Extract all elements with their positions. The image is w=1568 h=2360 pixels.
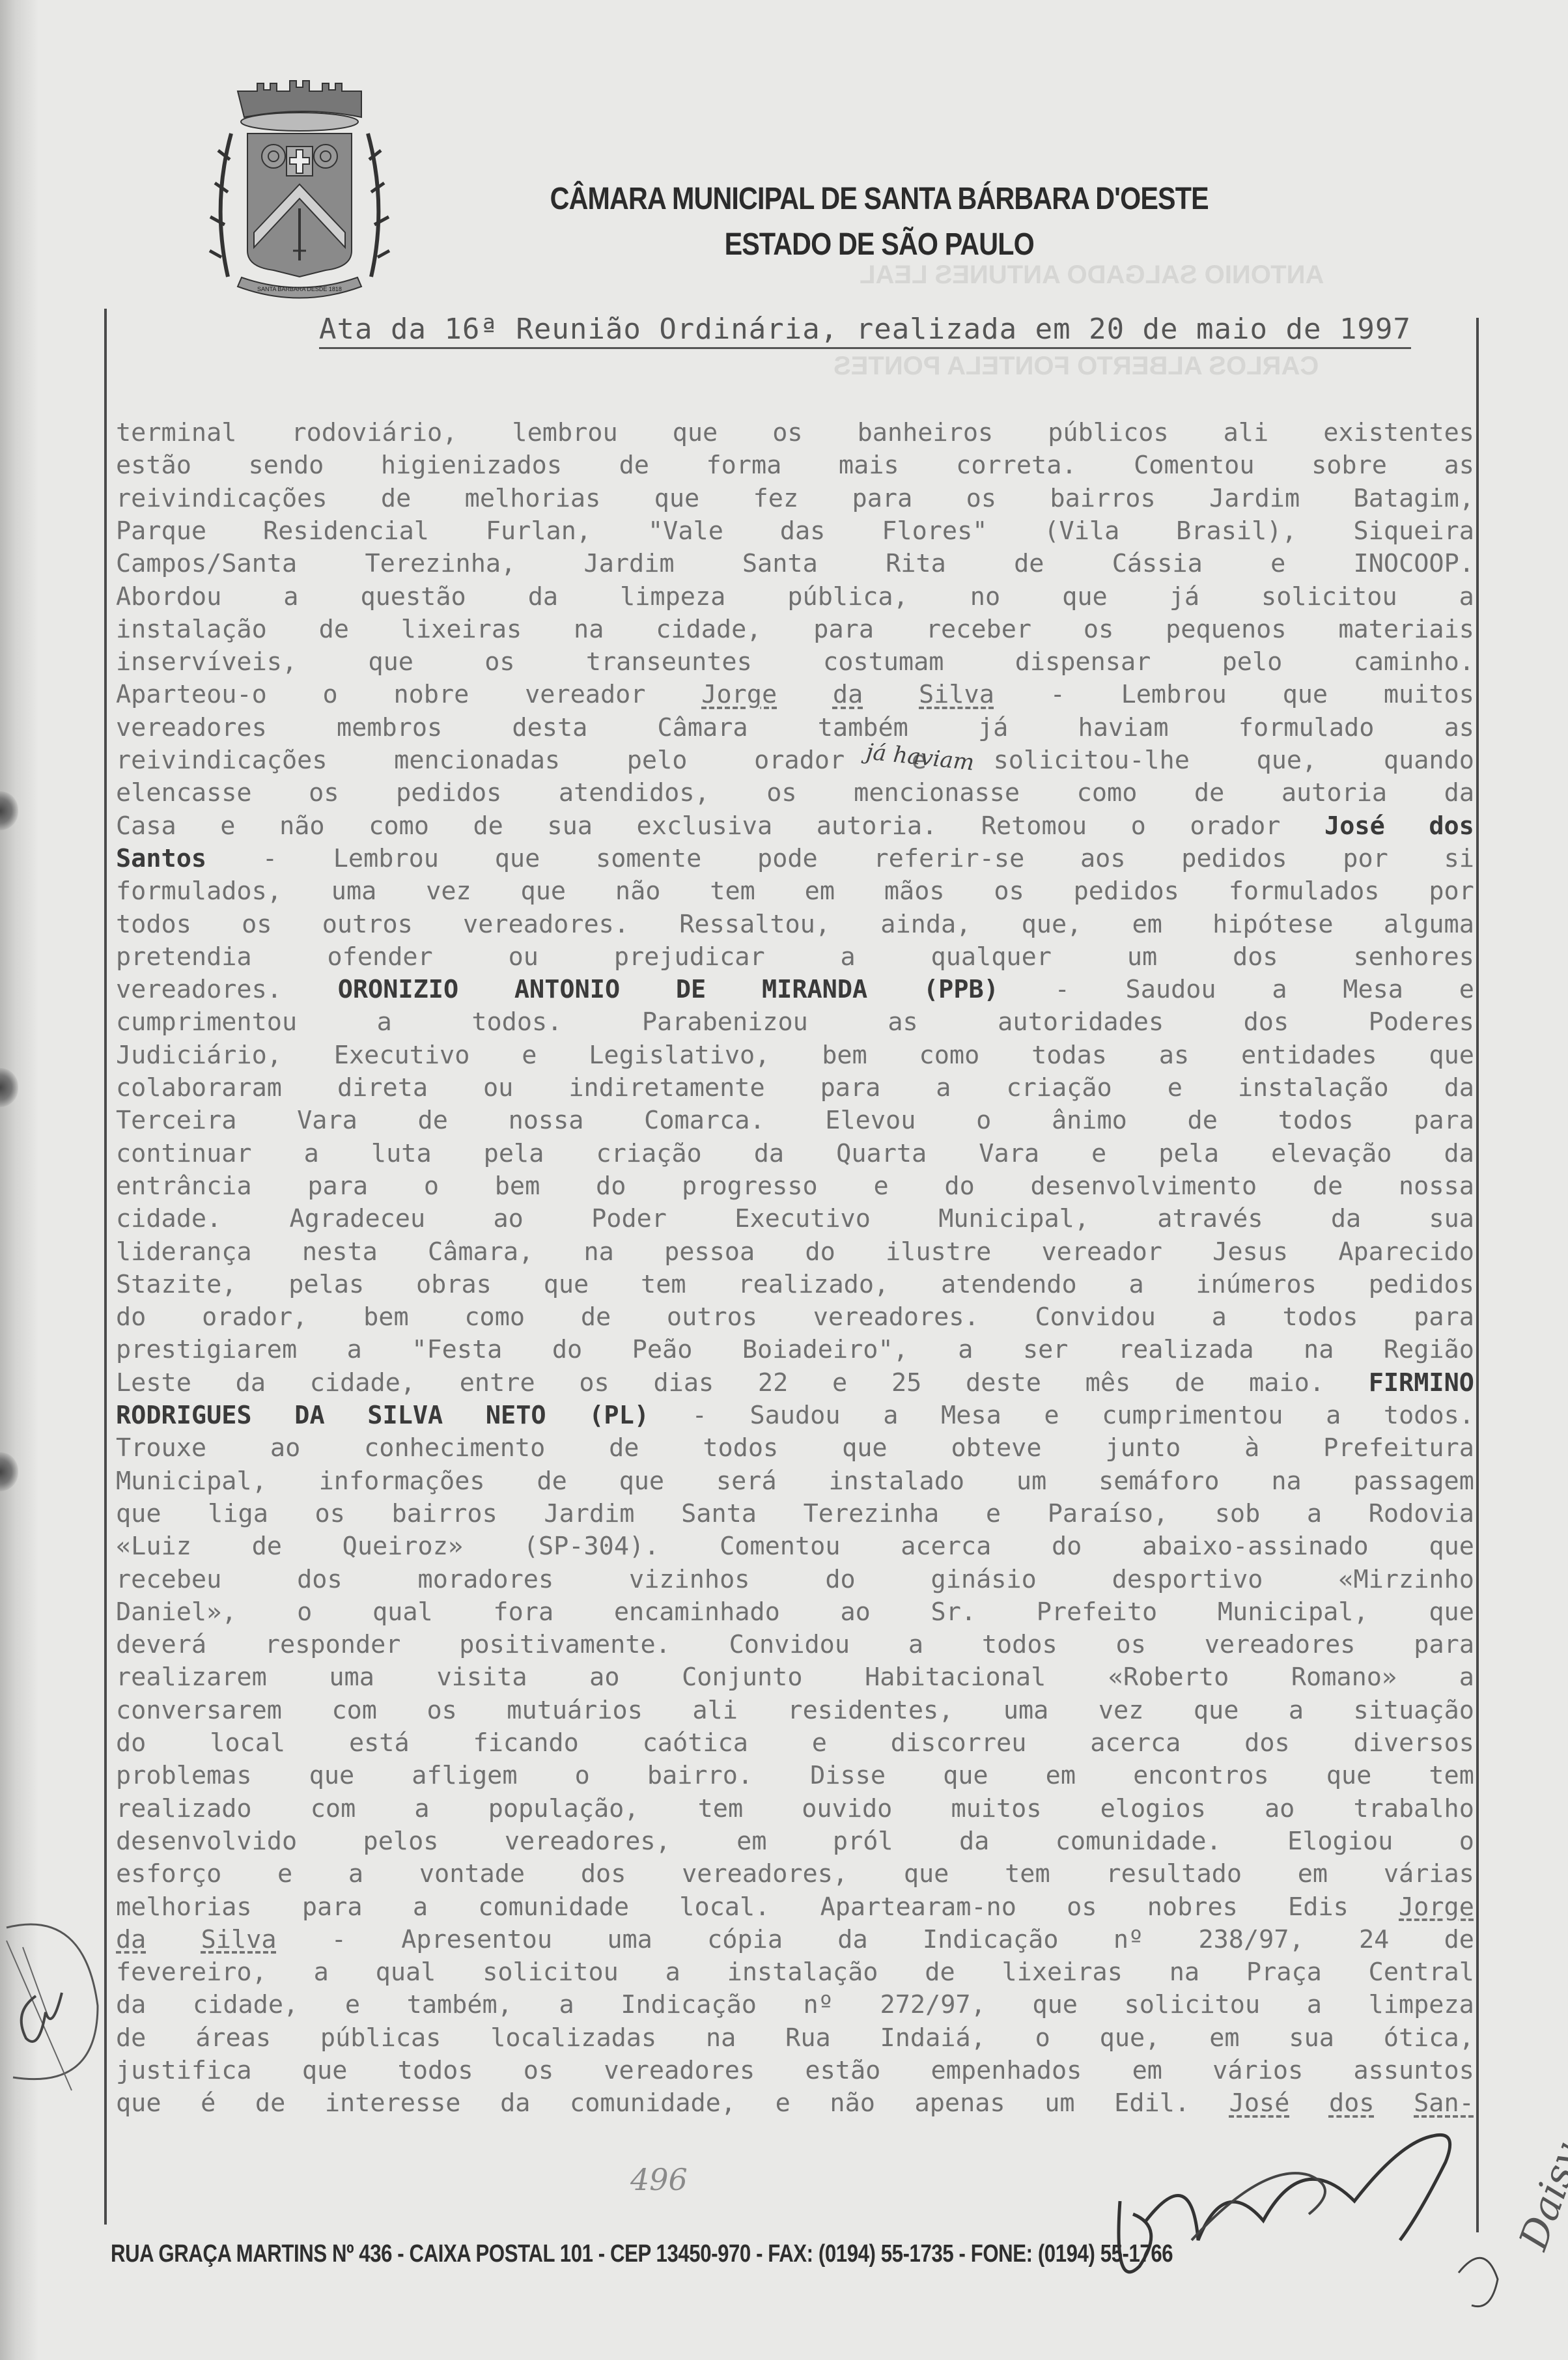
word: junto [1105, 1432, 1181, 1465]
speaker-name: José [1324, 810, 1385, 843]
word: tem [698, 1793, 744, 1825]
word: a [936, 1072, 951, 1104]
word: Mesa [1343, 974, 1403, 1006]
word: somente [596, 843, 701, 875]
footer-address: RUA GRAÇA MARTINS Nº 436 - CAIXA POSTAL … [111, 2240, 1173, 2268]
word: um [1016, 1465, 1046, 1498]
minutes-line: doorador,bemcomodeoutrosvereadores.Convi… [116, 1301, 1474, 1334]
word: também, [407, 1989, 512, 2021]
frame-left-line [104, 309, 107, 2225]
word: a [348, 1858, 363, 1890]
word: em [1046, 1760, 1076, 1792]
word: justifica [116, 2055, 252, 2087]
word: Agradeceu [290, 1203, 426, 1235]
minutes-line: problemasqueafligemobairro.Dissequeemenc… [116, 1760, 1474, 1792]
word: mãos [884, 875, 945, 908]
word: prejudicar [614, 941, 765, 974]
word: mais [839, 449, 899, 482]
minutes-line: vereadores.ORONIZIOANTONIODEMIRANDA(PPB)… [116, 974, 1474, 1006]
word: Santa [681, 1498, 757, 1530]
word: não [830, 2087, 875, 2120]
speaker-name: (PPB) [923, 974, 999, 1006]
word: por [1429, 875, 1474, 908]
word: instalação [116, 613, 267, 646]
speaker-name: DE [676, 974, 706, 1006]
word: maio. [1249, 1367, 1324, 1399]
word: as [1444, 712, 1474, 744]
word: ficando [473, 1727, 579, 1760]
word: do [552, 1334, 582, 1366]
word: vez [1099, 1694, 1144, 1727]
word: realizada [1118, 1334, 1254, 1366]
word: os [315, 1498, 345, 1530]
word: a [283, 581, 298, 613]
word: cidade, [193, 1989, 298, 2021]
minutes-line: deveráresponderpositivamente.Convidouato… [116, 1629, 1474, 1661]
word: Habitacional [865, 1661, 1046, 1694]
speaker-name: dos [1429, 810, 1474, 843]
word: Região [1384, 1334, 1474, 1366]
word: encaminhado [614, 1596, 780, 1629]
word: dias [653, 1367, 714, 1399]
word: bairro. [647, 1760, 753, 1792]
minutes-line: dolocalestáficandocaóticaediscorreuacerc… [116, 1727, 1474, 1760]
minutes-line: instalaçãodelixeirasnacidade,parareceber… [116, 613, 1474, 646]
word: o [1131, 810, 1146, 843]
word: e [1044, 1399, 1059, 1432]
word: a [559, 1989, 574, 2021]
word: todos [982, 1629, 1057, 1661]
word: uma [1003, 1694, 1049, 1727]
word: instalado [828, 1465, 964, 1498]
minutes-line: liderançanestaCâmara,napessoadoilustreve… [116, 1236, 1474, 1269]
word: e [1270, 548, 1285, 580]
word: os [427, 1694, 456, 1727]
word: que [619, 1465, 665, 1498]
word: diversos [1354, 1727, 1474, 1760]
word: o [323, 679, 338, 711]
word: os [966, 483, 996, 515]
word: Legislativo, [589, 1039, 770, 1072]
word: na [706, 2022, 736, 2055]
word: ilustre [886, 1236, 991, 1269]
word: da [116, 1989, 146, 2021]
word: vereadores [604, 2055, 755, 2087]
word: Daniel», [116, 1596, 236, 1629]
svg-text:SANTA BARBARA DESDE 1818: SANTA BARBARA DESDE 1818 [257, 286, 342, 292]
minutes-line: ParqueResidencialFurlan,"ValedasFlores"(… [116, 515, 1474, 548]
word: os [772, 417, 802, 449]
word: vizinhos [629, 1564, 749, 1596]
word: correta. [956, 449, 1076, 482]
word: Flores" [882, 515, 987, 548]
minutes-line: queédeinteressedacomunidade,enãoapenasum… [116, 2087, 1474, 2120]
word: qual [376, 1956, 436, 1989]
minutes-line: TerceiraVaradenossaComarca.Elevouoânimod… [116, 1104, 1474, 1137]
word: Abordou [116, 581, 221, 613]
word: discorreu [891, 1727, 1027, 1760]
word: nesta [302, 1236, 378, 1269]
minutes-line: desenvolvidopelosvereadores,empróldacomu… [116, 1825, 1474, 1858]
word: INOCOOP. [1354, 548, 1474, 580]
word: e [812, 1727, 827, 1760]
word: limpeza [1369, 1989, 1474, 2021]
word: realizarem [116, 1661, 267, 1694]
word: a [665, 1956, 680, 1989]
word: formulados [1229, 875, 1380, 908]
word: liderança [116, 1236, 252, 1269]
word: da [236, 1367, 266, 1399]
word: de [1313, 1170, 1343, 1203]
word: receber [926, 613, 1031, 646]
word: - [262, 843, 277, 875]
word: formulado [1239, 712, 1375, 744]
minutes-line: Stazite,pelasobrasquetemrealizado,atende… [116, 1269, 1474, 1301]
word: entrância [116, 1170, 252, 1203]
word: dos [1244, 1727, 1290, 1760]
word: Comentou [1134, 449, 1254, 482]
word: deste [966, 1367, 1041, 1399]
word: de [1444, 1924, 1474, 1956]
word: a [958, 1334, 973, 1366]
minutes-line: Lestedacidade,entreosdias22e25destemêsde… [116, 1367, 1474, 1399]
word: abaixo-assinado [1142, 1530, 1369, 1563]
word: local [210, 1727, 285, 1760]
word: instalação [1238, 1072, 1389, 1104]
word: caminho. [1354, 646, 1474, 679]
word: Leste [116, 1367, 191, 1399]
word: os [309, 777, 339, 809]
word: e [1168, 1072, 1183, 1104]
minutes-line: cidade.AgradeceuaoPoderExecutivoMunicipa… [116, 1203, 1474, 1235]
word: que [495, 843, 540, 875]
minutes-line: entrânciaparaobemdoprogressoedodesenvolv… [116, 1170, 1474, 1203]
word: a [1326, 1399, 1341, 1432]
word: Aparecido [1338, 1236, 1474, 1269]
word: a [883, 1399, 898, 1432]
word: públicas [320, 2022, 441, 2055]
word: «Mirzinho [1338, 1564, 1474, 1596]
word: todos [703, 1432, 778, 1465]
minutes-line: recebeudosmoradoresvizinhosdoginásiodesp… [116, 1564, 1474, 1596]
word: o [976, 1104, 991, 1137]
word: várias [1384, 1858, 1474, 1890]
word: será [716, 1465, 777, 1498]
word: Trouxe [116, 1432, 206, 1465]
word: Comentou [720, 1530, 840, 1563]
word: de [609, 1432, 639, 1465]
word: tem [1005, 1858, 1050, 1890]
word: caótica [643, 1727, 748, 1760]
word: 22 [758, 1367, 788, 1399]
minutes-line: inservíveis,queostranseuntescostumamdisp… [116, 646, 1474, 679]
word: não [615, 875, 661, 908]
word: solicitou [1261, 581, 1397, 613]
word: pedidos [1074, 875, 1179, 908]
word: bairros [1050, 483, 1155, 515]
word: Poder [591, 1203, 667, 1235]
word: pessoa [664, 1236, 755, 1269]
word: 272/97, [880, 1989, 986, 2021]
word: o [575, 1760, 590, 1792]
word: ou [483, 1072, 513, 1104]
word: instalação [727, 1956, 878, 1989]
word: mencionasse [854, 777, 1020, 809]
word: Furlan, [486, 515, 591, 548]
word: não [279, 810, 325, 843]
word: e [220, 810, 235, 843]
minutes-line: Santos-Lembrouquesomentepodereferir-seao… [116, 843, 1474, 875]
word: todos [398, 2055, 473, 2087]
word: conversarem [116, 1694, 282, 1727]
word: desenvolvido [116, 1825, 297, 1858]
minutes-line: prestigiarema"FestadoPeãoBoiadeiro",aser… [116, 1334, 1474, 1366]
word: rodoviário, [291, 417, 457, 449]
minutes-line: reivindicaçõesmencionadaspelooradoresoli… [116, 744, 1474, 777]
word: exclusiva [637, 810, 773, 843]
word: transeuntes [586, 646, 752, 679]
word: da [1444, 777, 1474, 809]
word: na [584, 1236, 614, 1269]
word: vereadores, [682, 1858, 848, 1890]
word: e [1091, 1138, 1106, 1170]
speaker-name: MIRANDA [762, 974, 867, 1006]
word: vontade [419, 1858, 525, 1890]
word: vereador [525, 679, 645, 711]
bleed-through-text: ANTONIO SALGADO ANTUNES LEAL [860, 260, 1324, 290]
word: os [1084, 613, 1113, 646]
word: mencionadas [394, 744, 560, 777]
word: todos. [1384, 1399, 1474, 1432]
word: ser [1023, 1334, 1069, 1366]
word: senhores [1353, 941, 1474, 974]
word: Indicação [621, 1989, 757, 2021]
word: ouvido [802, 1793, 892, 1825]
word: da [500, 2087, 530, 2120]
word: em [736, 1825, 766, 1858]
minutes-line: terminalrodoviário,lembrouqueosbanheiros… [116, 417, 1474, 449]
word: Elogiou [1287, 1825, 1393, 1858]
word: passagem [1353, 1465, 1474, 1498]
word: com [311, 1793, 356, 1825]
word: pedidos [1181, 843, 1287, 875]
word: de [1194, 777, 1224, 809]
word: e [986, 1498, 1001, 1530]
word: encontros [1133, 1760, 1269, 1792]
word: e [1459, 974, 1474, 1006]
word: interesse [325, 2087, 461, 2120]
word: pela [1158, 1138, 1219, 1170]
word: Brasil), [1176, 515, 1296, 548]
speaker-name: Santos [116, 843, 206, 875]
word: todos [1278, 1104, 1354, 1137]
word: mês [1085, 1367, 1131, 1399]
word: Vara [979, 1138, 1039, 1170]
word: sua [1289, 2022, 1334, 2055]
word: colaboraram [116, 1072, 282, 1104]
word: públicos [1048, 417, 1168, 449]
speaker-name: ORONIZIO [338, 974, 458, 1006]
word: autoria [1281, 777, 1387, 809]
word: desportivo [1112, 1564, 1263, 1596]
word: Jardim [584, 548, 675, 580]
word: das [780, 515, 826, 548]
word: os [1116, 1629, 1146, 1661]
word: que, [1100, 2022, 1160, 2055]
word: já [1169, 581, 1199, 613]
speaker-name: RODRIGUES [116, 1399, 252, 1432]
word: da [837, 1924, 867, 1956]
word: com [331, 1694, 377, 1727]
word: que [368, 646, 413, 679]
word: Sr. [931, 1596, 977, 1629]
word: Executivo [735, 1203, 871, 1235]
word: na [1169, 1956, 1199, 1989]
underlined-name: Silva [919, 679, 994, 711]
minutes-line: vereadoresmembrosdestaCâmaratambémjáhavi… [116, 712, 1474, 744]
word: Edil. [1114, 2087, 1190, 2120]
word: ótica, [1384, 2022, 1474, 2055]
word: da [1331, 1203, 1361, 1235]
word: como [464, 1301, 525, 1334]
word: o [1035, 2022, 1050, 2055]
word: ali [1224, 417, 1269, 449]
word: Jesus [1212, 1236, 1288, 1269]
word: os [994, 875, 1024, 908]
word: pelas [288, 1269, 364, 1301]
word: Câmara [657, 712, 748, 744]
word: pelo [1222, 646, 1283, 679]
word: ginásio [931, 1564, 1037, 1596]
document-title: Ata da 16ª Reunião Ordinária, realizada … [319, 313, 1411, 349]
word: Rita [886, 548, 946, 580]
word: para [1414, 1301, 1474, 1334]
word: de [581, 1301, 611, 1334]
word: entre [460, 1367, 535, 1399]
word: que [521, 875, 567, 908]
word: - [331, 1924, 346, 1956]
word: Campos/Santa [116, 548, 297, 580]
word: a [1307, 1989, 1322, 2021]
word: apenas [915, 2087, 1005, 2120]
word: bem [363, 1301, 409, 1334]
word: as [888, 1006, 917, 1039]
word: costumam [823, 646, 944, 679]
word: local. [679, 1891, 770, 1924]
word: e [776, 2087, 791, 2120]
word: estão [116, 449, 191, 482]
word: que [943, 1760, 988, 1792]
word: a [1307, 1498, 1322, 1530]
word: em [1209, 2022, 1239, 2055]
word: que [302, 2055, 348, 2087]
minutes-line: elencasseospedidosatendidos,osmencionass… [116, 777, 1474, 809]
word: alguma [1384, 908, 1474, 941]
word: Quarta [836, 1138, 927, 1170]
word: nº [1113, 1924, 1143, 1956]
word: para [1414, 1629, 1474, 1661]
word: Queiroz» [343, 1530, 463, 1563]
word: da [1444, 1138, 1474, 1170]
word: cidade, [310, 1367, 415, 1399]
word: banheiros [858, 417, 994, 449]
word: todos [1283, 1301, 1358, 1334]
word: luta [371, 1138, 432, 1170]
word: que [654, 483, 700, 515]
underlined-name: San- [1414, 2087, 1474, 2120]
word: Jardim [544, 1498, 634, 1530]
word: ofender [327, 941, 432, 974]
word: ao [270, 1432, 300, 1465]
word: formulados, [116, 875, 282, 908]
word: que [544, 1269, 589, 1301]
word: através [1157, 1203, 1263, 1235]
word: da [528, 581, 558, 613]
word: solicitou [483, 1956, 619, 1989]
word: elevação [1271, 1138, 1392, 1170]
word: moradores [418, 1564, 554, 1596]
word: nº [804, 1989, 833, 2021]
word: assuntos [1353, 2055, 1474, 2087]
word: criação [1006, 1072, 1112, 1104]
underlined-name: Jorge [1399, 1891, 1474, 1924]
word: Executivo [334, 1039, 470, 1072]
word: «Roberto [1108, 1661, 1229, 1694]
word: 238/97, [1198, 1924, 1304, 1956]
word: os [579, 1367, 609, 1399]
word: sua [547, 810, 593, 843]
speaker-name: SILVA [367, 1399, 443, 1432]
speaker-name: NETO [486, 1399, 546, 1432]
word: Convidou [729, 1629, 850, 1661]
word: como [369, 810, 429, 843]
word: no [970, 581, 1000, 613]
word: de [619, 449, 649, 482]
word: em [805, 875, 835, 908]
word: pedidos [396, 777, 501, 809]
word: comunidade. [1056, 1825, 1222, 1858]
word: os [524, 2055, 553, 2087]
word: que, [1257, 744, 1317, 777]
minutes-line: Abordouaquestãodalimpezapública,noquejás… [116, 581, 1474, 613]
word: dos [581, 1858, 626, 1890]
word: dos [297, 1564, 343, 1596]
word: Stazite, [116, 1269, 236, 1301]
word: tem [710, 875, 755, 908]
word: semáforo [1099, 1465, 1219, 1498]
word: autoria. [817, 810, 937, 843]
word: - [1050, 679, 1065, 711]
word: nobre [393, 679, 469, 711]
word: e [832, 1367, 847, 1399]
word: Residencial [263, 515, 429, 548]
word: ao [493, 1203, 523, 1235]
word: Terezinha [804, 1498, 940, 1530]
word: recebeu [116, 1564, 221, 1596]
word: continuar [116, 1138, 252, 1170]
minutes-line: Aparteou-oonobrevereadorJorgedaSilva-Lem… [116, 679, 1474, 711]
word: que [1283, 679, 1328, 711]
word: pelo [627, 744, 688, 777]
word: os [484, 646, 514, 679]
word: pról [833, 1825, 893, 1858]
word: vereadores. [463, 908, 629, 941]
word: vereador [1042, 1236, 1162, 1269]
word: Parque [116, 515, 206, 548]
word: outros [667, 1301, 757, 1334]
word: Poderes [1369, 1006, 1474, 1039]
underlined-name: Jorge [701, 679, 777, 711]
